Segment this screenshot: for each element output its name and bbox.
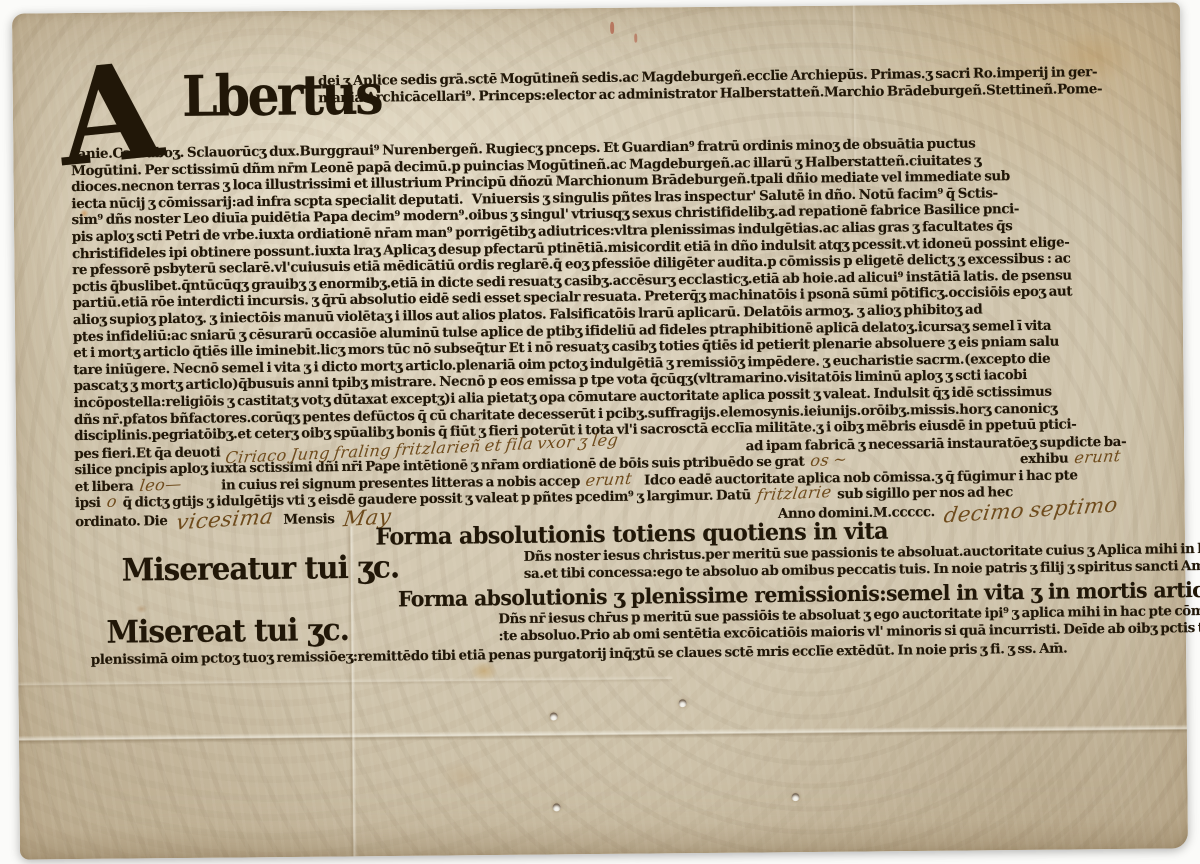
stain <box>439 761 485 789</box>
printed-segment: et libera <box>75 478 134 495</box>
fold-crease-horizontal-faint <box>18 675 672 688</box>
blank-space <box>623 450 746 451</box>
handwritten-insert: erunt <box>1067 448 1128 467</box>
scanned-indulgence-document: A Lbertus dei ʒ Aplice sedis grā.sctē Mo… <box>0 0 1200 864</box>
pin-hole <box>679 699 687 707</box>
red-fiber <box>634 34 637 43</box>
parchment-sheet: A Lbertus dei ʒ Aplice sedis grā.sctē Mo… <box>12 2 1188 859</box>
printed-text-block: A Lbertus dei ʒ Aplice sedis grā.sctē Mo… <box>70 66 1129 669</box>
handwritten-insert: leo— <box>132 476 188 495</box>
pin-hole <box>791 793 799 801</box>
printed-segment: exhibu <box>1020 451 1069 468</box>
handwritten-insert: os ~ <box>803 451 854 470</box>
bottom-edge-shadow <box>20 818 1188 859</box>
pin-hole <box>550 712 558 720</box>
handwritten-insert: erunt <box>579 470 640 489</box>
printed-segment: ordinato. Die <box>75 513 168 531</box>
opening-section: A Lbertus dei ʒ Aplice sedis grā.sctē Mo… <box>70 66 1123 146</box>
printed-segment: pes fieri.Et q̄a deuoti <box>74 444 220 462</box>
stain <box>470 661 498 681</box>
handwritten-day: vicesima <box>165 508 284 532</box>
misereatur-label-2: Misereat tui ʒc. <box>106 610 479 650</box>
blank-space <box>853 463 1020 465</box>
misereatur-label-1: Misereatur tui ʒc. <box>122 548 504 588</box>
pin-hole <box>553 803 561 811</box>
drop-cap-initial: A <box>54 63 159 167</box>
printed-segment: ipsi <box>75 495 101 512</box>
fold-crease-horizontal <box>19 724 1187 744</box>
printed-segment: Mensis <box>283 511 334 528</box>
handwritten-insert: o <box>99 494 123 512</box>
red-fiber <box>610 22 614 34</box>
opening-lines: dei ʒ Aplice sedis grā.sctē Mogūtineñ se… <box>318 64 1122 107</box>
